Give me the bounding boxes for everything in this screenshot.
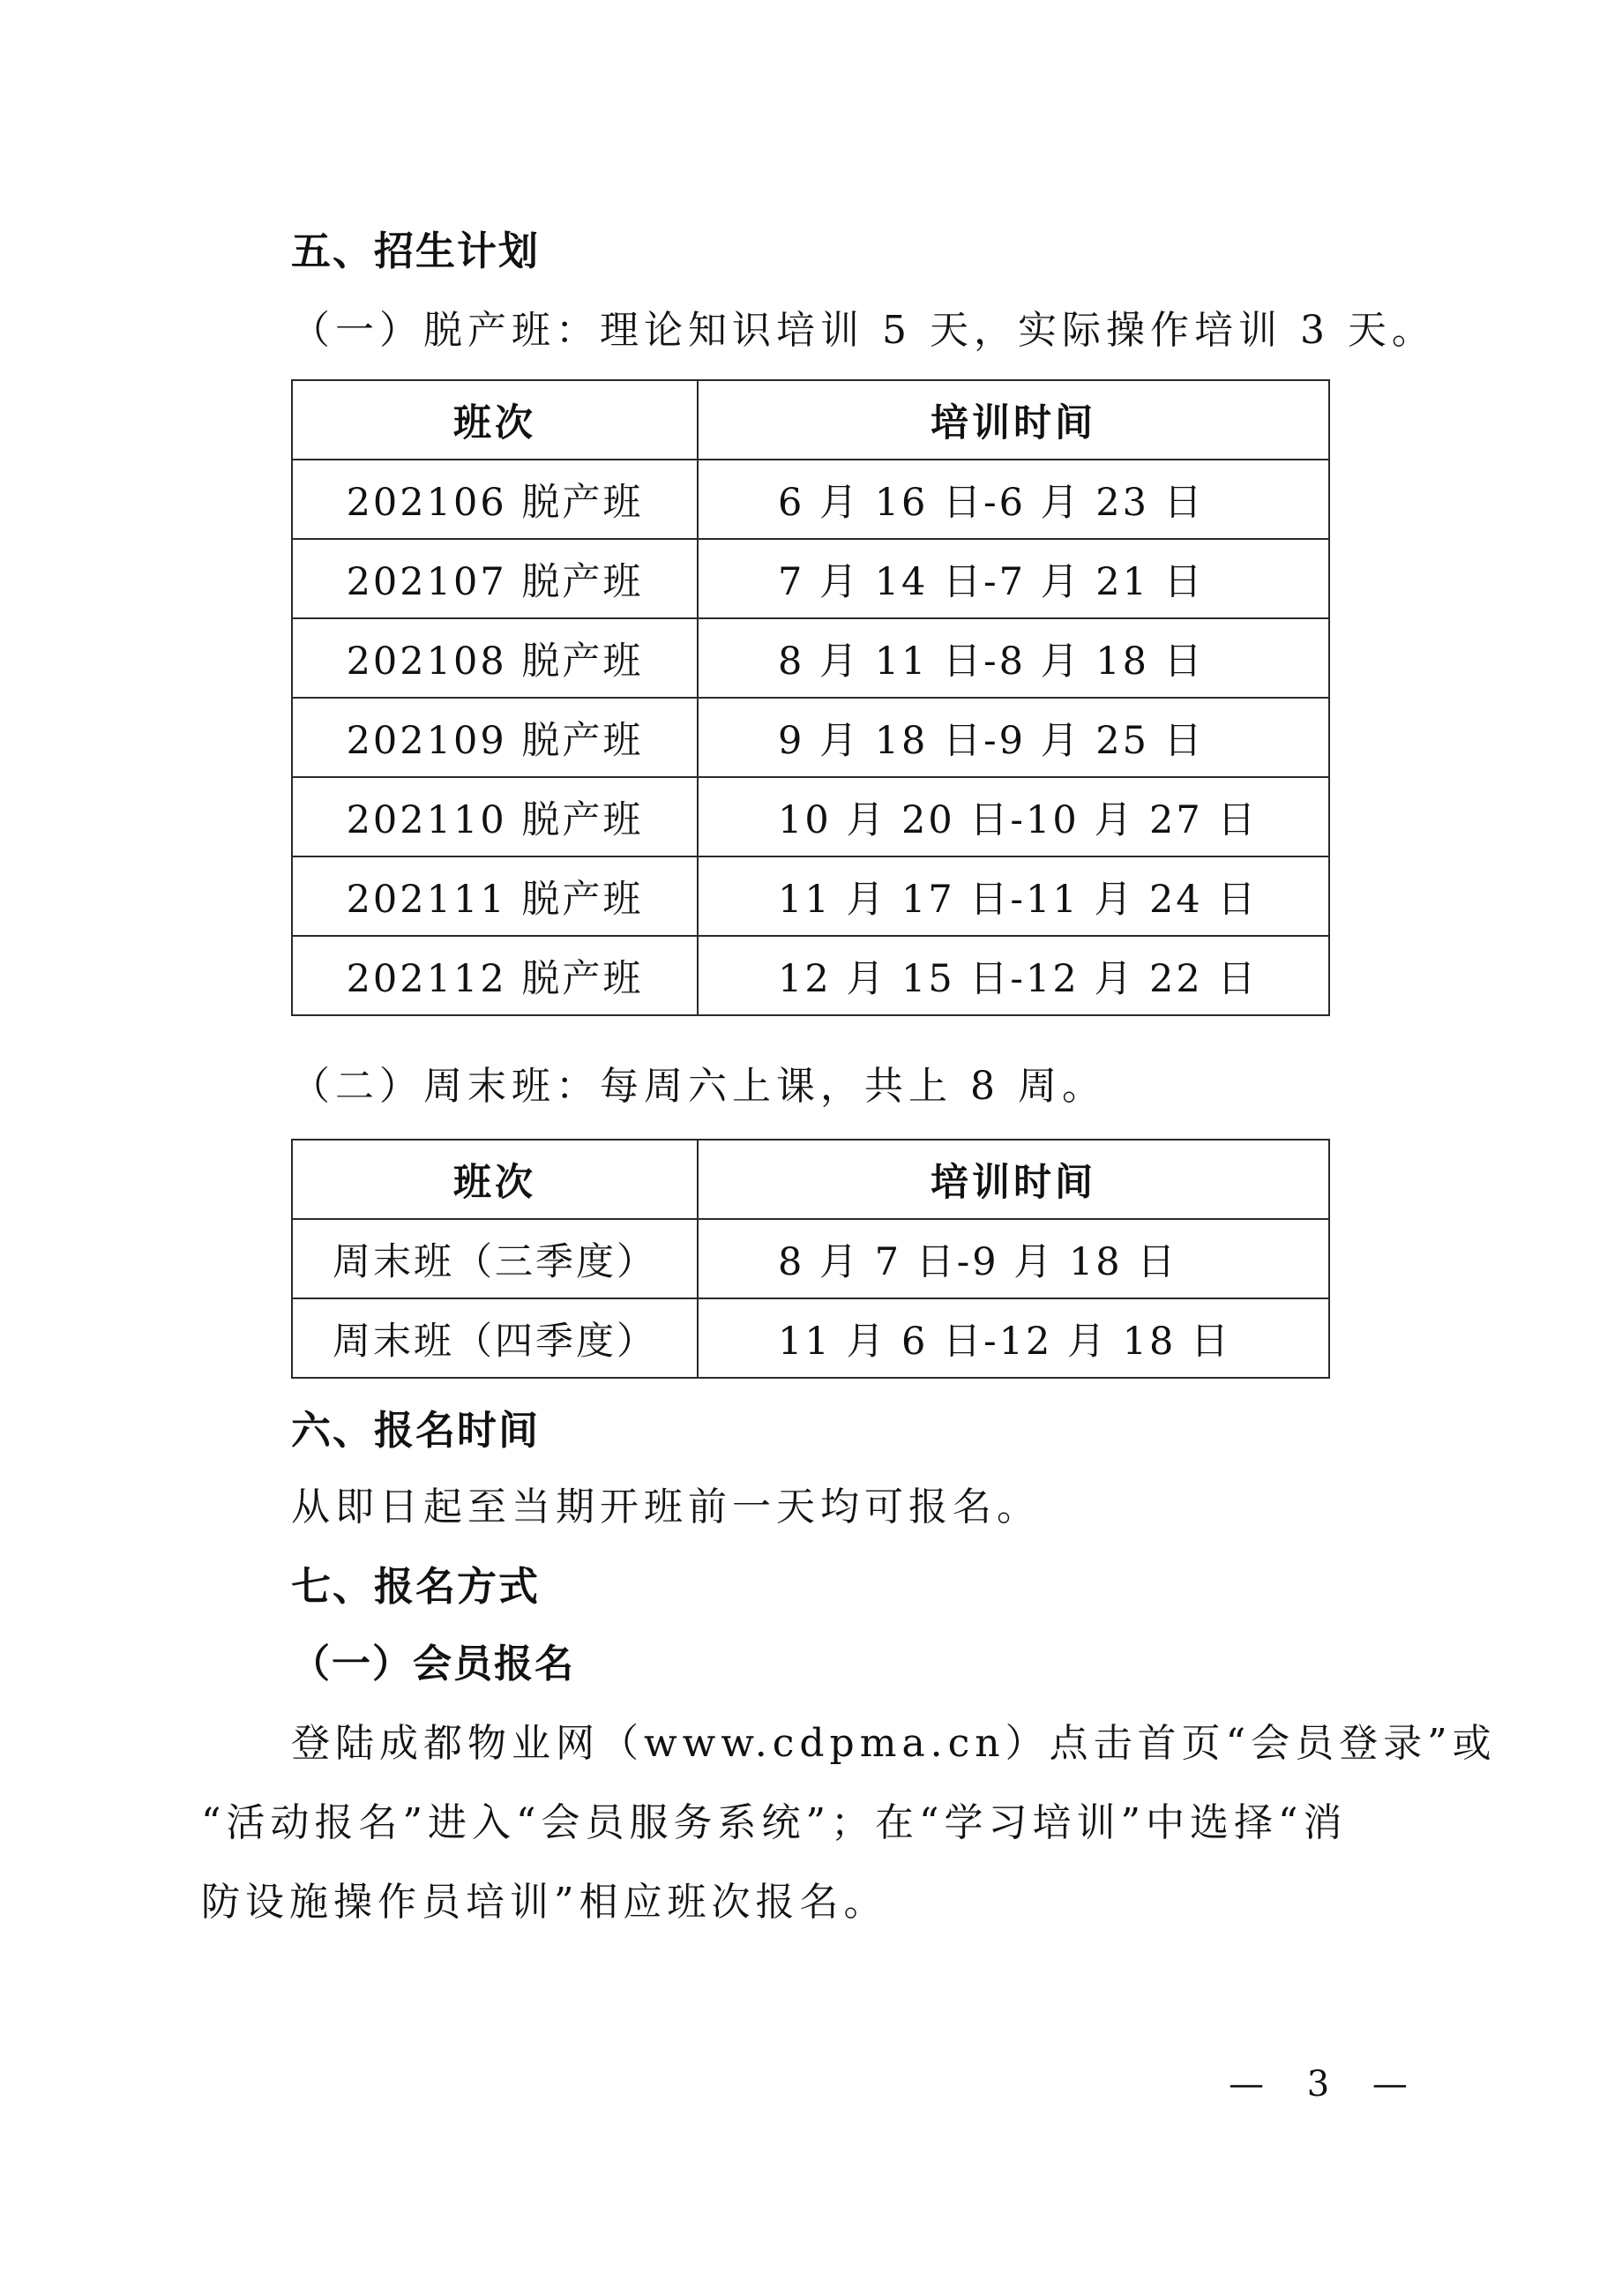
fulltime-class-description: （一）脱产班：理论知识培训 5 天，实际操作培训 3 天。 xyxy=(291,298,1436,355)
table-header-row: 班次 培训时间 xyxy=(292,1140,1329,1219)
class-cell: 202110 脱产班 xyxy=(292,777,698,856)
table-row: 202109 脱产班 9 月 18 日-9 月 25 日 xyxy=(292,698,1329,777)
class-cell: 202107 脱产班 xyxy=(292,539,698,618)
class-cell: 202108 脱产班 xyxy=(292,618,698,698)
class-cell: 202106 脱产班 xyxy=(292,460,698,539)
weekend-schedule-table: 班次 培训时间 周末班（三季度） 8 月 7 日-9 月 18 日 周末班（四季… xyxy=(291,1139,1330,1379)
section-heading-registration-time: 六、报名时间 xyxy=(291,1398,540,1455)
table-row: 202108 脱产班 8 月 11 日-8 月 18 日 xyxy=(292,618,1329,698)
table-header-row: 班次 培训时间 xyxy=(292,380,1329,460)
class-cell: 202109 脱产班 xyxy=(292,698,698,777)
time-cell: 8 月 7 日-9 月 18 日 xyxy=(698,1219,1329,1298)
section-heading-registration-method: 七、报名方式 xyxy=(291,1554,540,1612)
table-row: 202106 脱产班 6 月 16 日-6 月 23 日 xyxy=(292,460,1329,539)
column-header-class: 班次 xyxy=(292,380,698,460)
column-header-class: 班次 xyxy=(292,1140,698,1219)
registration-instructions-line-3: 防设施操作员培训”相应班次报名。 xyxy=(201,1870,888,1926)
time-cell: 11 月 6 日-12 月 18 日 xyxy=(698,1298,1329,1378)
class-cell: 周末班（四季度） xyxy=(292,1298,698,1378)
class-cell: 202111 脱产班 xyxy=(292,856,698,936)
time-cell: 10 月 20 日-10 月 27 日 xyxy=(698,777,1329,856)
page-number: — 3 — xyxy=(1229,2064,1424,2105)
time-cell: 12 月 15 日-12 月 22 日 xyxy=(698,936,1329,1015)
column-header-training-time: 培训时间 xyxy=(698,1140,1329,1219)
registration-instructions-line-1: 登陆成都物业网（www.cdpma.cn）点击首页“会员登录”或 xyxy=(291,1711,1497,1768)
table-row: 202111 脱产班 11 月 17 日-11 月 24 日 xyxy=(292,856,1329,936)
table-row: 202110 脱产班 10 月 20 日-10 月 27 日 xyxy=(292,777,1329,856)
table-row: 周末班（四季度） 11 月 6 日-12 月 18 日 xyxy=(292,1298,1329,1378)
class-cell: 周末班（三季度） xyxy=(292,1219,698,1298)
time-cell: 11 月 17 日-11 月 24 日 xyxy=(698,856,1329,936)
member-registration-subheading: （一）会员报名 xyxy=(291,1632,575,1688)
time-cell: 9 月 18 日-9 月 25 日 xyxy=(698,698,1329,777)
time-cell: 6 月 16 日-6 月 23 日 xyxy=(698,460,1329,539)
time-cell: 7 月 14 日-7 月 21 日 xyxy=(698,539,1329,618)
table-row: 202107 脱产班 7 月 14 日-7 月 21 日 xyxy=(292,539,1329,618)
class-cell: 202112 脱产班 xyxy=(292,936,698,1015)
section-heading-enrollment-plan: 五、招生计划 xyxy=(291,219,540,276)
table-row: 202112 脱产班 12 月 15 日-12 月 22 日 xyxy=(292,936,1329,1015)
column-header-training-time: 培训时间 xyxy=(698,380,1329,460)
table-row: 周末班（三季度） 8 月 7 日-9 月 18 日 xyxy=(292,1219,1329,1298)
fulltime-schedule-table: 班次 培训时间 202106 脱产班 6 月 16 日-6 月 23 日 202… xyxy=(291,379,1330,1016)
weekend-class-description: （二）周末班：每周六上课，共上 8 周。 xyxy=(291,1054,1106,1111)
time-cell: 8 月 11 日-8 月 18 日 xyxy=(698,618,1329,698)
registration-time-text: 从即日起至当期开班前一天均可报名。 xyxy=(291,1475,1041,1531)
registration-instructions-line-2: “活动报名”进入“会员服务系统”；在“学习培训”中选择“消 xyxy=(201,1791,1347,1847)
